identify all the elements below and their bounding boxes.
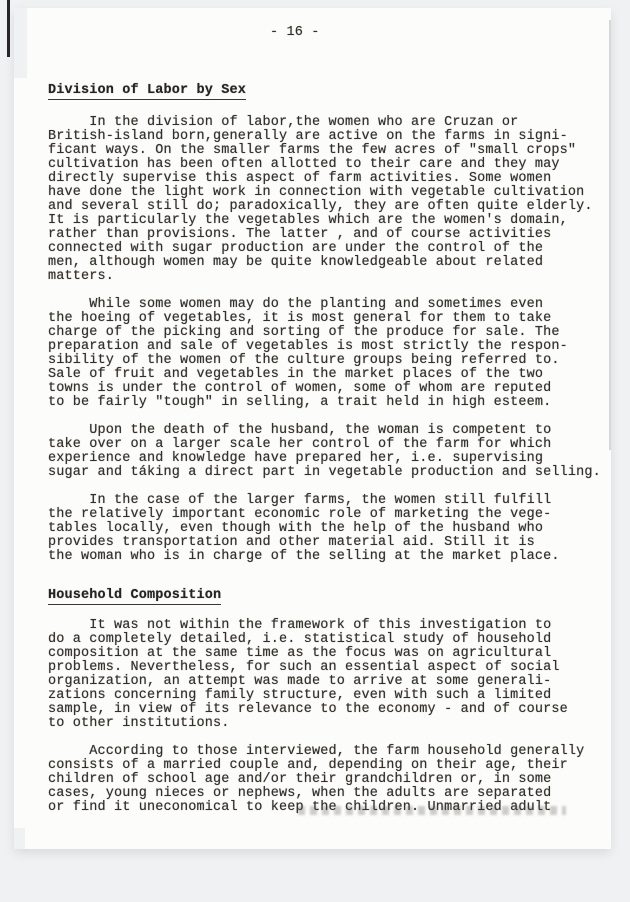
- text-line: charge of the picking and sorting of the…: [48, 326, 611, 340]
- text-line: sibility of the women of the culture gro…: [48, 354, 611, 368]
- text-line: cultivation has been often allotted to t…: [48, 158, 611, 172]
- text-line: matters.: [48, 270, 611, 284]
- section-heading-text: Division of Labor by Sex: [48, 84, 246, 100]
- document-page: - 16 - Division of Labor by Sex In the d…: [14, 8, 611, 849]
- scan-corner-notch-top: [14, 8, 27, 78]
- document-section: Division of Labor by Sex In the division…: [48, 84, 611, 564]
- paragraph: Upon the death of the husband, the woman…: [48, 424, 611, 480]
- text-line: connected with sugar production are unde…: [48, 242, 611, 256]
- paragraph: In the division of labor,the women who a…: [48, 116, 611, 284]
- paragraph: It was not within the framework of this …: [48, 619, 611, 731]
- paragraph: While some women may do the planting and…: [48, 298, 611, 410]
- text-line: According to those interviewed, the farm…: [48, 745, 611, 759]
- scan-background: { "colors": { "background": "#f0f1f2", "…: [0, 0, 630, 902]
- text-line: consists of a married couple and, depend…: [48, 759, 611, 773]
- text-line: the relatively important economic role o…: [48, 508, 611, 522]
- text-line: zations concerning family structure, eve…: [48, 689, 611, 703]
- paragraph: In the case of the larger farms, the wom…: [48, 494, 611, 564]
- text-line: composition at the same time as the focu…: [48, 647, 611, 661]
- text-line: the woman who is in charge of the sellin…: [48, 550, 611, 564]
- section-heading-text: Household Composition: [48, 589, 221, 605]
- text-line: organization, an attempt was made to arr…: [48, 675, 611, 689]
- text-line: In the division of labor,the women who a…: [48, 116, 611, 130]
- text-line: children of school age and/or their gran…: [48, 773, 611, 787]
- scan-corner-notch-bottom: [14, 828, 25, 849]
- scan-edge-artifact: [7, 0, 10, 57]
- document-body: Division of Labor by Sex In the division…: [48, 84, 611, 815]
- text-line: While some women may do the planting and…: [48, 298, 611, 312]
- text-line: It was not within the framework of this …: [48, 619, 611, 633]
- text-line: do a completely detailed, i.e. statistic…: [48, 633, 611, 647]
- text-line: It is particularly the vegetables which …: [48, 214, 611, 228]
- text-line: ficant ways. On the smaller farms the fe…: [48, 144, 611, 158]
- text-line: directly supervise this aspect of farm a…: [48, 172, 611, 186]
- ghost-text-artifact: [298, 806, 566, 815]
- text-line: provides transportation and other materi…: [48, 536, 611, 550]
- text-line: tables locally, even though with the hel…: [48, 522, 611, 536]
- document-content: - 16 - Division of Labor by Sex In the d…: [14, 8, 611, 815]
- text-line: experience and knowledge have prepared h…: [48, 452, 611, 466]
- text-line: to other institutions.: [48, 717, 611, 731]
- text-line: Upon the death of the husband, the woman…: [48, 424, 611, 438]
- text-line: cases, young nieces or nephews, when the…: [48, 787, 611, 801]
- text-line: to be fairly "tough" in selling, a trait…: [48, 396, 611, 410]
- paragraph: According to those interviewed, the farm…: [48, 745, 611, 815]
- text-line: In the case of the larger farms, the wom…: [48, 494, 611, 508]
- scan-right-edge-line: [609, 20, 611, 450]
- text-line: towns is under the control of women, som…: [48, 382, 611, 396]
- section-heading: Division of Labor by Sex: [48, 84, 611, 100]
- document-section: Household Composition It was not within …: [48, 589, 611, 815]
- text-line: and several still do; paradoxically, the…: [48, 200, 611, 214]
- text-line: the hoeing of vegetables, it is most gen…: [48, 312, 611, 326]
- text-line: have done the light work in connection w…: [48, 186, 611, 200]
- text-line: British-island born,generally are active…: [48, 130, 611, 144]
- text-line: rather than provisions. The latter , and…: [48, 228, 611, 242]
- text-line: men, although women may be quite knowled…: [48, 256, 611, 270]
- page-number: - 16 -: [48, 26, 611, 40]
- text-line: sample, in view of its relevance to the …: [48, 703, 611, 717]
- section-heading: Household Composition: [48, 589, 611, 605]
- text-line: problems. Nevertheless, for such an esse…: [48, 661, 611, 675]
- text-line: preparation and sale of vegetables is mo…: [48, 340, 611, 354]
- text-line: sugar and táking a direct part in vegeta…: [48, 466, 611, 480]
- text-line: take over on a larger scale her control …: [48, 438, 611, 452]
- text-line: Sale of fruit and vegetables in the mark…: [48, 368, 611, 382]
